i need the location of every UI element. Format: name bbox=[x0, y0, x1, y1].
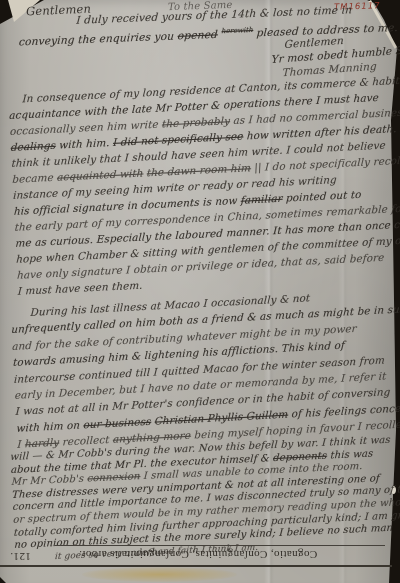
ink-stain bbox=[82, 567, 237, 582]
printed-rule-upper bbox=[55, 545, 385, 546]
body-paragraph-1: In consequence of my long residence at C… bbox=[8, 73, 400, 300]
running-title: Cognatio, Conſanguinitas, Conſanguinitat… bbox=[79, 549, 317, 561]
page-number: 121. bbox=[10, 550, 31, 562]
body-paragraph-2: During his last illness at Macao I occas… bbox=[10, 286, 400, 454]
printed-running-title-upside-down: Cognatio, Conſanguinitas, Conſanguinitat… bbox=[4, 547, 392, 562]
printed-rule-lower bbox=[0, 565, 392, 567]
